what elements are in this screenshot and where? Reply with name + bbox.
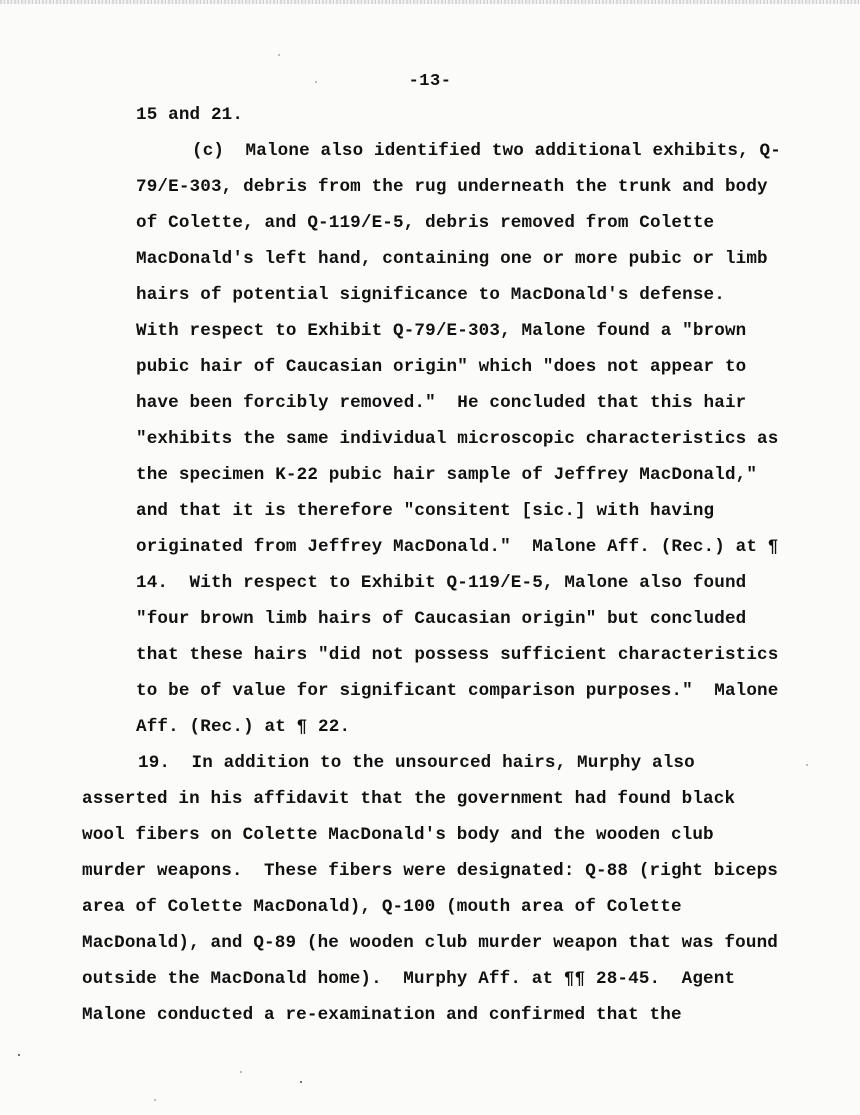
text-line: "four brown limb hairs of Caucasian orig… (136, 609, 746, 629)
text-line: that these hairs "did not possess suffic… (136, 645, 778, 665)
scan-top-edge (0, 0, 860, 4)
text-line: have been forcibly removed." He conclude… (136, 393, 746, 413)
scan-speck (806, 764, 808, 766)
text-line: originated from Jeffrey MacDonald." Malo… (136, 537, 778, 557)
text-line: to be of value for significant compariso… (136, 681, 778, 701)
text-line: outside the MacDonald home). Murphy Aff.… (82, 969, 735, 989)
scan-speck (315, 81, 317, 83)
text-line: 19. In addition to the unsourced hairs, … (138, 753, 695, 773)
scan-speck (240, 1071, 242, 1073)
text-line: and that it is therefore "consitent [sic… (136, 501, 714, 521)
text-line: 79/E-303, debris from the rug underneath… (136, 177, 768, 197)
scan-speck (278, 54, 280, 56)
text-line: the specimen K-22 pubic hair sample of J… (136, 465, 757, 485)
text-line: "exhibits the same individual microscopi… (136, 429, 778, 449)
text-line: 14. With respect to Exhibit Q-119/E-5, M… (136, 573, 746, 593)
text-line: (c) Malone also identified two additiona… (192, 141, 781, 161)
text-line: MacDonald), and Q-89 (he wooden club mur… (82, 933, 778, 953)
text-line: of Colette, and Q-119/E-5, debris remove… (136, 213, 714, 233)
text-line: Aff. (Rec.) at ¶ 22. (136, 717, 350, 737)
text-line: MacDonald's left hand, containing one or… (136, 249, 768, 269)
text-line: murder weapons. These fibers were design… (82, 861, 778, 881)
page-number: -13- (0, 72, 860, 91)
text-line: Malone conducted a re-examination and co… (82, 1005, 682, 1025)
text-line: With respect to Exhibit Q-79/E-303, Malo… (136, 321, 746, 341)
text-line: hairs of potential significance to MacDo… (136, 285, 725, 305)
text-line: wool fibers on Colette MacDonald's body … (82, 825, 714, 845)
text-line: 15 and 21. (136, 105, 243, 125)
text-line: asserted in his affidavit that the gover… (82, 789, 735, 809)
scan-speck (300, 1081, 302, 1083)
scan-speck (154, 1099, 156, 1101)
scan-speck (18, 1054, 20, 1056)
text-line: pubic hair of Caucasian origin" which "d… (136, 357, 746, 377)
text-line: area of Colette MacDonald), Q-100 (mouth… (82, 897, 682, 917)
